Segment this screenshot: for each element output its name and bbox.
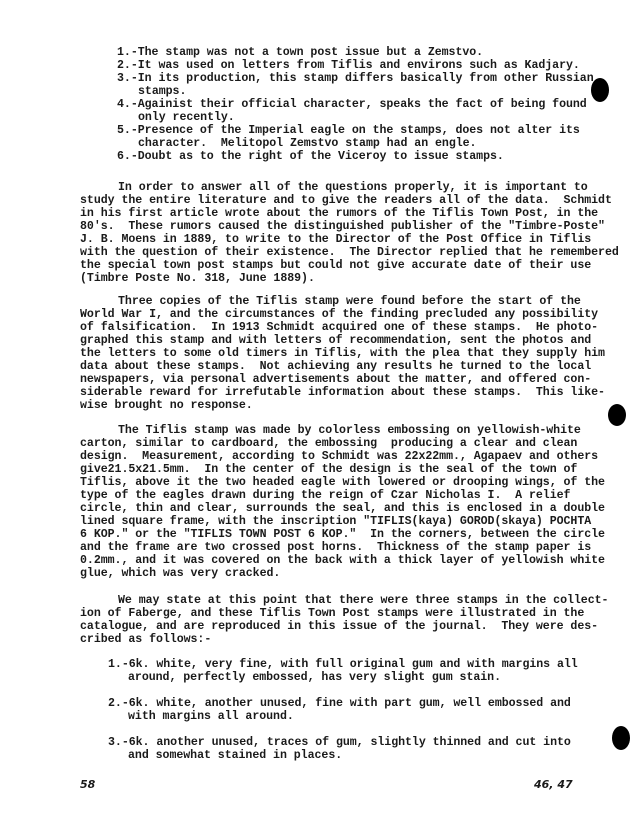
- paragraph-line: carton, similar to cardboard, the emboss…: [80, 437, 577, 450]
- paragraph-line: circle, thin and clear, surrounds the se…: [80, 502, 605, 515]
- description-item-continued: with margins all around.: [128, 710, 294, 723]
- paragraph-line: of falsification. In 1913 Schmidt acquir…: [80, 321, 598, 334]
- paragraph-line: cribed as follows:-: [80, 633, 211, 646]
- paragraph-line: World War I, and the circumstances of th…: [80, 308, 598, 321]
- objection-item: 4.-Againist their official character, sp…: [117, 98, 587, 111]
- page-number: 58: [80, 778, 95, 791]
- paragraph-line: the special town post stamps but could n…: [80, 259, 591, 272]
- paragraph-line: lined square frame, with the inscription…: [80, 515, 591, 528]
- description-item: 2.-6k. white, another unused, fine with …: [108, 697, 571, 710]
- footnote-reference: 46, 47: [534, 778, 573, 791]
- description-item-continued: around, perfectly embossed, has very sli…: [128, 671, 501, 684]
- paragraph-line: design. Measurement, according to Schmid…: [80, 450, 598, 463]
- paragraph-line: The Tiflis stamp was made by colorless e…: [118, 424, 581, 437]
- paragraph-line: catalogue, and are reproduced in this is…: [80, 620, 598, 633]
- paragraph-line: siderable reward for irrefutable informa…: [80, 386, 605, 399]
- paragraph-line: J. B. Moens in 1889, to write to the Dir…: [80, 233, 591, 246]
- paragraph-line: and the frame are two crossed post horns…: [80, 541, 591, 554]
- paragraph-line: In order to answer all of the questions …: [118, 181, 588, 194]
- paragraph-line: with the question of their existence. Th…: [80, 246, 619, 259]
- paragraph-line: Tiflis, above it the two headed eagle wi…: [80, 476, 605, 489]
- description-item: 3.-6k. another unused, traces of gum, sl…: [108, 736, 571, 749]
- paragraph-line: the letters to some old timers in Tiflis…: [80, 347, 605, 360]
- paragraph-line: wise brought no response.: [80, 399, 253, 412]
- paragraph-line: type of the eagles drawn during the reig…: [80, 489, 570, 502]
- paragraph-line: 0.2mm., and it was covered on the back w…: [80, 554, 605, 567]
- objection-item: 3.-In its production, this stamp differs…: [117, 72, 594, 85]
- paragraph-line: ion of Faberge, and these Tiflis Town Po…: [80, 607, 584, 620]
- objection-item: 6.-Doubt as to the right of the Viceroy …: [117, 150, 504, 163]
- punch-hole-middle: [608, 404, 626, 426]
- objection-item: 1.-The stamp was not a town post issue b…: [117, 46, 483, 59]
- paragraph-line: data about these stamps. Not achieving a…: [80, 360, 591, 373]
- paragraph-line: newspapers, via personal advertisements …: [80, 373, 591, 386]
- description-item: 1.-6k. white, very fine, with full origi…: [108, 658, 578, 671]
- objection-item-continued: only recently.: [138, 111, 235, 124]
- objection-item: 2.-It was used on letters from Tiflis an…: [117, 59, 580, 72]
- objection-item-continued: character. Melitopol Zemstvo stamp had a…: [138, 137, 476, 150]
- punch-hole-bottom: [612, 726, 630, 750]
- document-page: 1.-The stamp was not a town post issue b…: [0, 0, 630, 821]
- paragraph-line: give21.5x21.5mm. In the center of the de…: [80, 463, 577, 476]
- paragraph-line: in his first article wrote about the rum…: [80, 207, 598, 220]
- objection-item-continued: stamps.: [138, 85, 186, 98]
- description-item-continued: and somewhat stained in places.: [128, 749, 342, 762]
- punch-hole-top: [591, 78, 609, 102]
- paragraph-line: We may state at this point that there we…: [118, 594, 608, 607]
- paragraph-line: (Timbre Poste No. 318, June 1889).: [80, 272, 315, 285]
- objection-item: 5.-Presence of the Imperial eagle on the…: [117, 124, 580, 137]
- paragraph-line: graphed this stamp and with letters of r…: [80, 334, 591, 347]
- paragraph-line: study the entire literature and to give …: [80, 194, 612, 207]
- paragraph-line: 80's. These rumors caused the distinguis…: [80, 220, 605, 233]
- paragraph-line: 6 KOP." or the "TIFLIS TOWN POST 6 KOP."…: [80, 528, 605, 541]
- paragraph-line: Three copies of the Tiflis stamp were fo…: [118, 295, 581, 308]
- paragraph-line: glue, which was very cracked.: [80, 567, 280, 580]
